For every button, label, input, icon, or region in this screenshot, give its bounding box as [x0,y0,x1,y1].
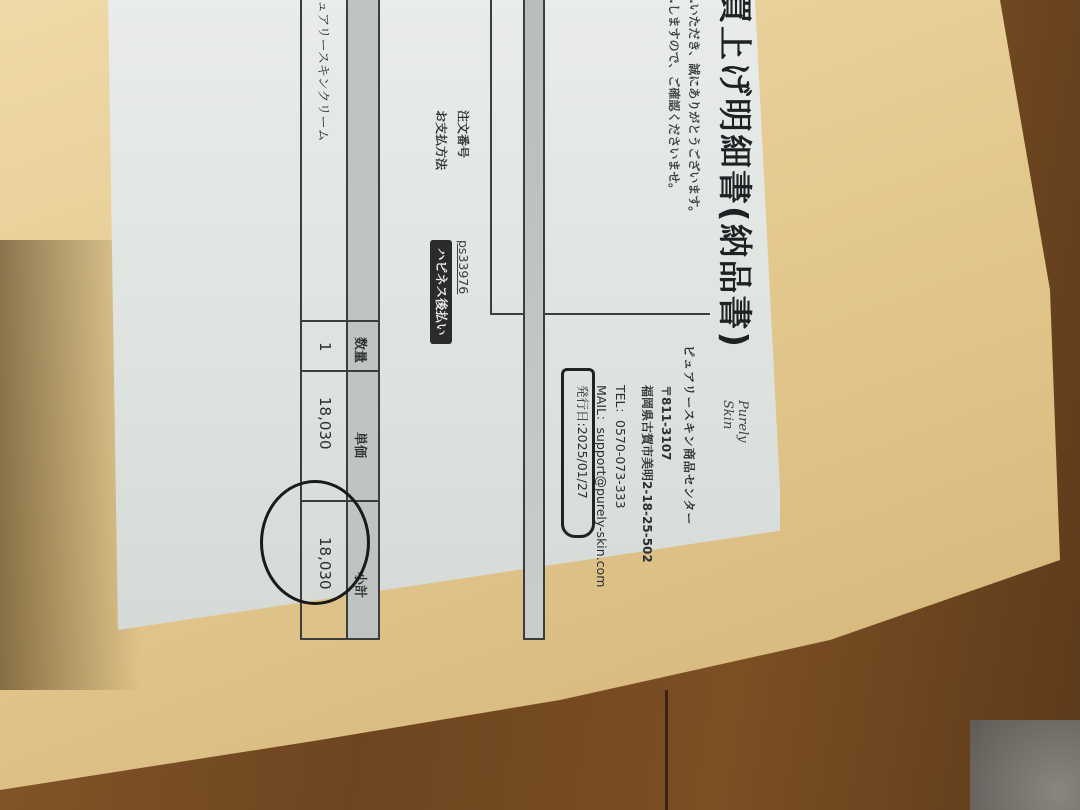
order-labels: 注文番号 お支払方法 [430,110,474,170]
issuer-company: ピュアリースキン商品センター [681,345,698,525]
hand-drawn-circle [260,480,370,605]
header-unit-price: 単価 [352,432,371,458]
tel: TEL：0570-073-333 [611,385,630,587]
brand-logo: Purely Skin [720,400,750,443]
document-title: 買上げ明細書(納品書) [713,0,762,349]
table-seam [665,690,668,810]
issuer-address: 〒811-3107 福岡県古賀市美明2-18-25-502 [637,385,675,563]
header-qty: 数量 [352,337,371,363]
item-name: ピュアリースキンクリーム [315,0,334,141]
item-qty: 1 [316,342,334,352]
fabric-corner [970,720,1080,810]
order-values: ps33976 ハピネス後払い [430,240,474,344]
notice-line: ...しますので、ご確認くださいませ。 [664,0,684,303]
notice-line: ...いただき、誠にありがとうございます。 [684,0,704,303]
column-divider [300,370,380,372]
invoice-document: 買上げ明細書(納品書) ...いただき、誠にありがとうございます。 ...します… [90,0,770,640]
divider-bar [523,0,545,640]
item-unit-price: 18,030 [316,397,334,450]
hand-drawn-box [561,368,595,538]
payment-method-badge: ハピネス後払い [430,240,452,344]
order-number-link[interactable]: ps33976 [452,240,474,344]
column-divider [300,320,380,322]
